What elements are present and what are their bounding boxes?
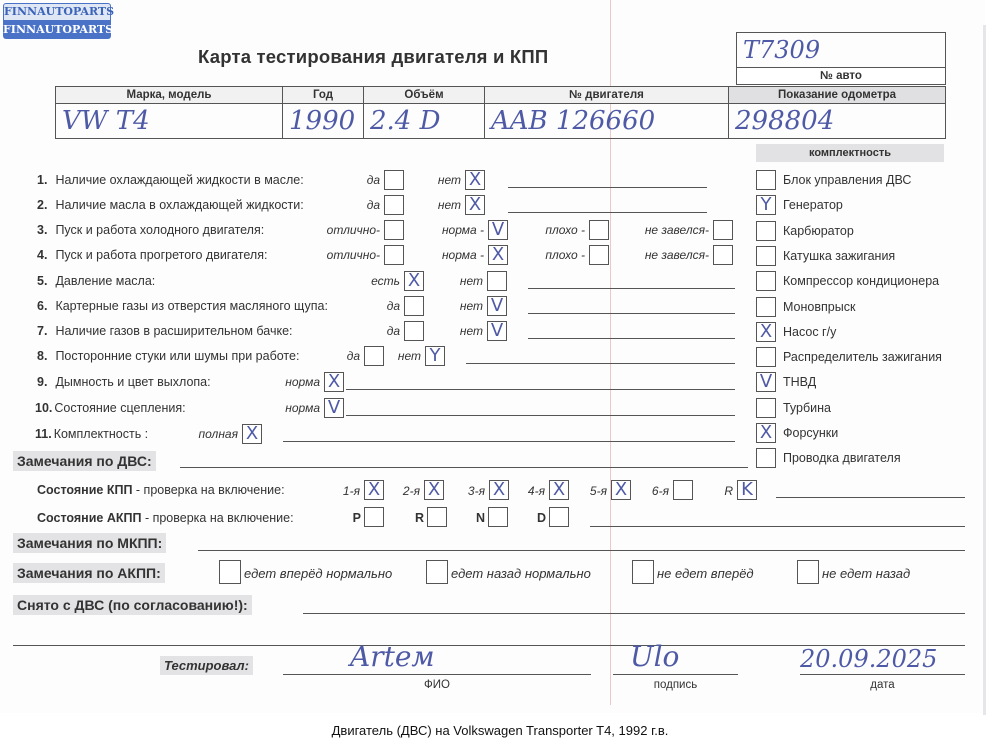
option-checkbox[interactable]: X (465, 170, 485, 190)
date-caption: дата (800, 679, 965, 691)
col-odometer: Показание одометра (729, 87, 946, 104)
completeness-checkbox[interactable]: V (756, 372, 776, 392)
date-value[interactable]: 20.09.2025 (800, 645, 937, 673)
vehicle-info-table: Марка, модель Год Объём № двигателя Пока… (55, 86, 946, 139)
check-text: Состояние сцепления: (54, 401, 185, 415)
check-text: Наличие масла в охлаждающей жидкости: (55, 198, 303, 212)
manual-gearbox-label-rest: - проверка на включение: (132, 483, 284, 497)
option-label: да (330, 198, 380, 212)
option-checkbox[interactable] (384, 220, 404, 240)
completeness-checkbox[interactable] (756, 398, 776, 418)
option-checkbox[interactable]: X (404, 271, 424, 291)
removed-from-engine-line[interactable] (303, 613, 965, 614)
odometer-value[interactable]: 298804 (729, 104, 946, 139)
gear-label: 4-я (509, 484, 545, 498)
auto-remark-checkbox[interactable] (797, 560, 819, 584)
make-model-value[interactable]: VW T4 (56, 104, 283, 139)
completeness-checkbox[interactable] (756, 297, 776, 317)
option-checkbox[interactable]: X (488, 245, 508, 265)
check-number: 6. (37, 299, 47, 313)
gear-checkbox[interactable]: X (424, 480, 444, 500)
position-label: R (407, 511, 424, 525)
option-checkbox[interactable] (487, 271, 507, 291)
check-label: 2.Наличие масла в охлаждающей жидкости: (37, 198, 304, 212)
completeness-checkbox[interactable]: X (756, 423, 776, 443)
completeness-checkbox[interactable]: Y (756, 195, 776, 215)
manual-gearbox-label-bold: Состояние КПП (37, 483, 132, 497)
volume-value[interactable]: 2.4 D (364, 104, 485, 139)
position-label: P (344, 511, 361, 525)
position-checkbox[interactable] (488, 507, 508, 527)
option-checkbox[interactable] (589, 245, 609, 265)
option-checkbox[interactable]: X (465, 195, 485, 215)
check-number: 3. (37, 223, 47, 237)
check-number: 10. (35, 401, 52, 415)
option-checkbox[interactable]: V (488, 220, 508, 240)
option-checkbox[interactable] (384, 195, 404, 215)
auto-remark-checkbox[interactable] (219, 560, 241, 584)
check-text: Дымность и цвет выхлопа: (55, 375, 210, 389)
option-label: норма - (437, 223, 484, 237)
notes-line[interactable] (528, 288, 735, 289)
option-label: да (385, 299, 400, 313)
position-checkbox[interactable] (364, 507, 384, 527)
position-label: D (529, 511, 546, 525)
check-label: 8.Посторонние стуки или шумы при работе: (37, 349, 299, 363)
auto-remark-label: не едет вперёд (657, 566, 754, 581)
completeness-header: комплектность (756, 147, 944, 159)
auto-remark-label: едет вперёд нормально (244, 566, 392, 581)
option-label: нет (396, 349, 421, 363)
gear-checkbox[interactable]: X (549, 480, 569, 500)
notes-line[interactable] (528, 338, 735, 339)
gear-label: 6-я (633, 484, 669, 498)
position-checkbox[interactable] (427, 507, 447, 527)
option-label: да (343, 349, 360, 363)
check-number: 1. (37, 173, 47, 187)
gear-checkbox[interactable]: X (364, 480, 384, 500)
completeness-checkbox[interactable]: X (756, 322, 776, 342)
auto-gearbox-line[interactable] (590, 526, 965, 527)
auto-gearbox-label-bold: Состояние АКПП (37, 511, 141, 525)
completeness-checkbox[interactable] (756, 170, 776, 190)
auto-gearbox-label-rest: - проверка на включение: (141, 511, 293, 525)
option-checkbox[interactable] (404, 321, 424, 341)
notes-line[interactable] (508, 212, 707, 213)
remarks-engine-line[interactable] (180, 467, 748, 468)
position-checkbox[interactable] (549, 507, 569, 527)
remarks-auto-label: Замечания по АКПП: (13, 563, 165, 583)
option-label: да (385, 324, 400, 338)
option-checkbox[interactable] (404, 296, 424, 316)
notes-line[interactable] (466, 363, 735, 364)
auto-number-label: № авто (737, 68, 946, 85)
check-number: 11. (35, 427, 52, 441)
completeness-item-label: Моновпрыск (783, 300, 855, 314)
option-label: не завелся- (638, 248, 709, 262)
option-label: не завелся- (638, 223, 709, 237)
check-label: 4.Пуск и работа прогретого двигателя: (37, 248, 267, 262)
auto-number-value[interactable]: T7309 (737, 33, 946, 68)
completeness-item-label: Распределитель зажигания (783, 350, 942, 364)
option-label: плохо - (541, 223, 585, 237)
option-label: да (330, 173, 380, 187)
completeness-item-label: Карбюратор (783, 224, 854, 238)
option-label: отлично- (318, 248, 380, 262)
completeness-item-label: Компрессор кондиционера (783, 274, 939, 288)
name-line (283, 674, 591, 675)
check-label: 6.Картерные газы из отверстия масляного … (37, 299, 328, 313)
option-label: норма (280, 401, 320, 415)
check-number: 7. (37, 324, 47, 338)
option-label: нет (455, 274, 483, 288)
check-text: Комплектность : (54, 427, 148, 441)
auto-number-box: T7309 № авто (736, 32, 946, 85)
check-label: 11.Комплектность : (35, 427, 148, 441)
check-number: 9. (37, 375, 47, 389)
option-label: нет (455, 324, 483, 338)
signature-value[interactable]: Ulo (630, 640, 679, 673)
completeness-item-label: ТНВД (783, 375, 816, 389)
check-label: 1.Наличие охлаждающей жидкости в масле: (37, 173, 304, 187)
manual-gearbox-line[interactable] (776, 497, 965, 498)
col-engine-number: № двигателя (485, 87, 729, 104)
image-caption: Двигатель (ДВС) на Volkswagen Transporte… (0, 723, 1000, 738)
check-label: 10.Состояние сцепления: (35, 401, 186, 415)
completeness-checkbox[interactable] (756, 347, 776, 367)
check-text: Картерные газы из отверстия масляного щу… (55, 299, 327, 313)
completeness-item-label: Насос г/у (783, 325, 836, 339)
check-number: 2. (37, 198, 47, 212)
auto-remark-label: не едет назад (822, 566, 910, 581)
option-checkbox[interactable] (384, 245, 404, 265)
check-text: Наличие охлаждающей жидкости в масле: (55, 173, 303, 187)
auto-remark-checkbox[interactable] (426, 560, 448, 584)
remarks-engine-label: Замечания по ДВС: (13, 451, 156, 471)
col-year: Год (283, 87, 364, 104)
completeness-checkbox[interactable] (756, 448, 776, 468)
gear-checkbox[interactable]: K (737, 480, 757, 500)
option-label: отлично- (318, 223, 380, 237)
option-checkbox[interactable]: X (242, 424, 262, 444)
notes-line[interactable] (283, 441, 735, 442)
option-label: нет (437, 173, 461, 187)
completeness-item-label: Катушка зажигания (783, 249, 895, 263)
col-volume: Объём (364, 87, 485, 104)
completeness-item-label: Проводка двигателя (783, 451, 901, 465)
manual-gearbox-label: Состояние КПП - проверка на включение: (37, 483, 285, 497)
notes-line[interactable] (528, 313, 735, 314)
gear-label: R (697, 484, 733, 498)
engine-number-value[interactable]: AAB 126660 (485, 104, 729, 139)
year-value[interactable]: 1990 (283, 104, 364, 139)
check-text: Пуск и работа холодного двигателя: (55, 223, 264, 237)
remarks-manual-label: Замечания по МКПП: (13, 533, 166, 553)
position-label: N (468, 511, 485, 525)
notes-line[interactable] (346, 389, 735, 390)
option-checkbox[interactable]: V (487, 296, 507, 316)
remarks-manual-line[interactable] (198, 550, 965, 551)
auto-gearbox-label: Состояние АКПП - проверка на включение: (37, 511, 294, 525)
auto-remark-checkbox[interactable] (632, 560, 654, 584)
check-label: 7.Наличие газов в расширительном бачке: (37, 324, 293, 338)
option-label: плохо - (541, 248, 585, 262)
notes-line[interactable] (346, 415, 735, 416)
option-label: норма (280, 375, 320, 389)
option-checkbox[interactable]: V (324, 398, 344, 418)
gear-label: 1-я (324, 484, 360, 498)
completeness-item-label: Генератор (783, 198, 843, 212)
logo-line-1: FINNAUTOPARTS (4, 4, 110, 20)
signature-caption: подпись (613, 679, 738, 691)
col-make-model: Марка, модель (56, 87, 283, 104)
check-number: 4. (37, 248, 47, 262)
option-checkbox[interactable]: X (324, 372, 344, 392)
option-checkbox[interactable] (384, 170, 404, 190)
check-number: 8. (37, 349, 47, 363)
completeness-item-label: Блок управления ДВС (783, 173, 911, 187)
option-label: есть (368, 274, 400, 288)
completeness-checkbox[interactable] (756, 271, 776, 291)
option-checkbox[interactable]: Y (425, 346, 445, 366)
auto-remark-label: едет назад нормально (451, 566, 591, 581)
completeness-checkbox[interactable] (756, 221, 776, 241)
option-label: полная (192, 427, 238, 441)
logo: FINNAUTOPARTS FINNAUTOPARTS (3, 3, 111, 39)
page-title: Карта тестирования двигателя и КПП (198, 46, 548, 68)
tested-by-label: Тестировал: (160, 656, 253, 675)
date-line (800, 674, 965, 675)
check-label: 3.Пуск и работа холодного двигателя: (37, 223, 264, 237)
gear-checkbox[interactable]: X (489, 480, 509, 500)
signature-line (613, 674, 738, 675)
sheet-edge (983, 25, 986, 715)
check-text: Посторонние стуки или шумы при работе: (55, 349, 299, 363)
completeness-item-label: Форсунки (783, 426, 838, 440)
check-text: Пуск и работа прогретого двигателя: (55, 248, 267, 262)
option-checkbox[interactable]: V (487, 321, 507, 341)
removed-from-engine-label: Снято с ДВС (по согласованию!): (13, 595, 252, 615)
option-checkbox[interactable] (364, 346, 384, 366)
gear-label: 3-я (449, 484, 485, 498)
option-label: норма - (437, 248, 484, 262)
check-label: 5.Давление масла: (37, 274, 155, 288)
gear-label: 2-я (384, 484, 420, 498)
completeness-item-label: Турбина (783, 401, 831, 415)
check-text: Давление масла: (55, 274, 155, 288)
check-label: 9.Дымность и цвет выхлопа: (37, 375, 211, 389)
completeness-checkbox[interactable] (756, 246, 776, 266)
option-label: нет (437, 198, 461, 212)
gear-label: 5-я (571, 484, 607, 498)
check-text: Наличие газов в расширительном бачке: (55, 324, 292, 338)
gear-checkbox[interactable] (673, 480, 693, 500)
notes-line[interactable] (508, 187, 707, 188)
option-checkbox[interactable] (589, 220, 609, 240)
gear-checkbox[interactable]: X (611, 480, 631, 500)
option-checkbox[interactable] (713, 245, 733, 265)
check-number: 5. (37, 274, 47, 288)
option-label: нет (455, 299, 483, 313)
tester-name-value[interactable]: Artем (350, 640, 435, 673)
option-checkbox[interactable] (713, 220, 733, 240)
name-caption: ФИО (283, 679, 591, 691)
logo-line-2: FINNAUTOPARTS (3, 21, 111, 39)
